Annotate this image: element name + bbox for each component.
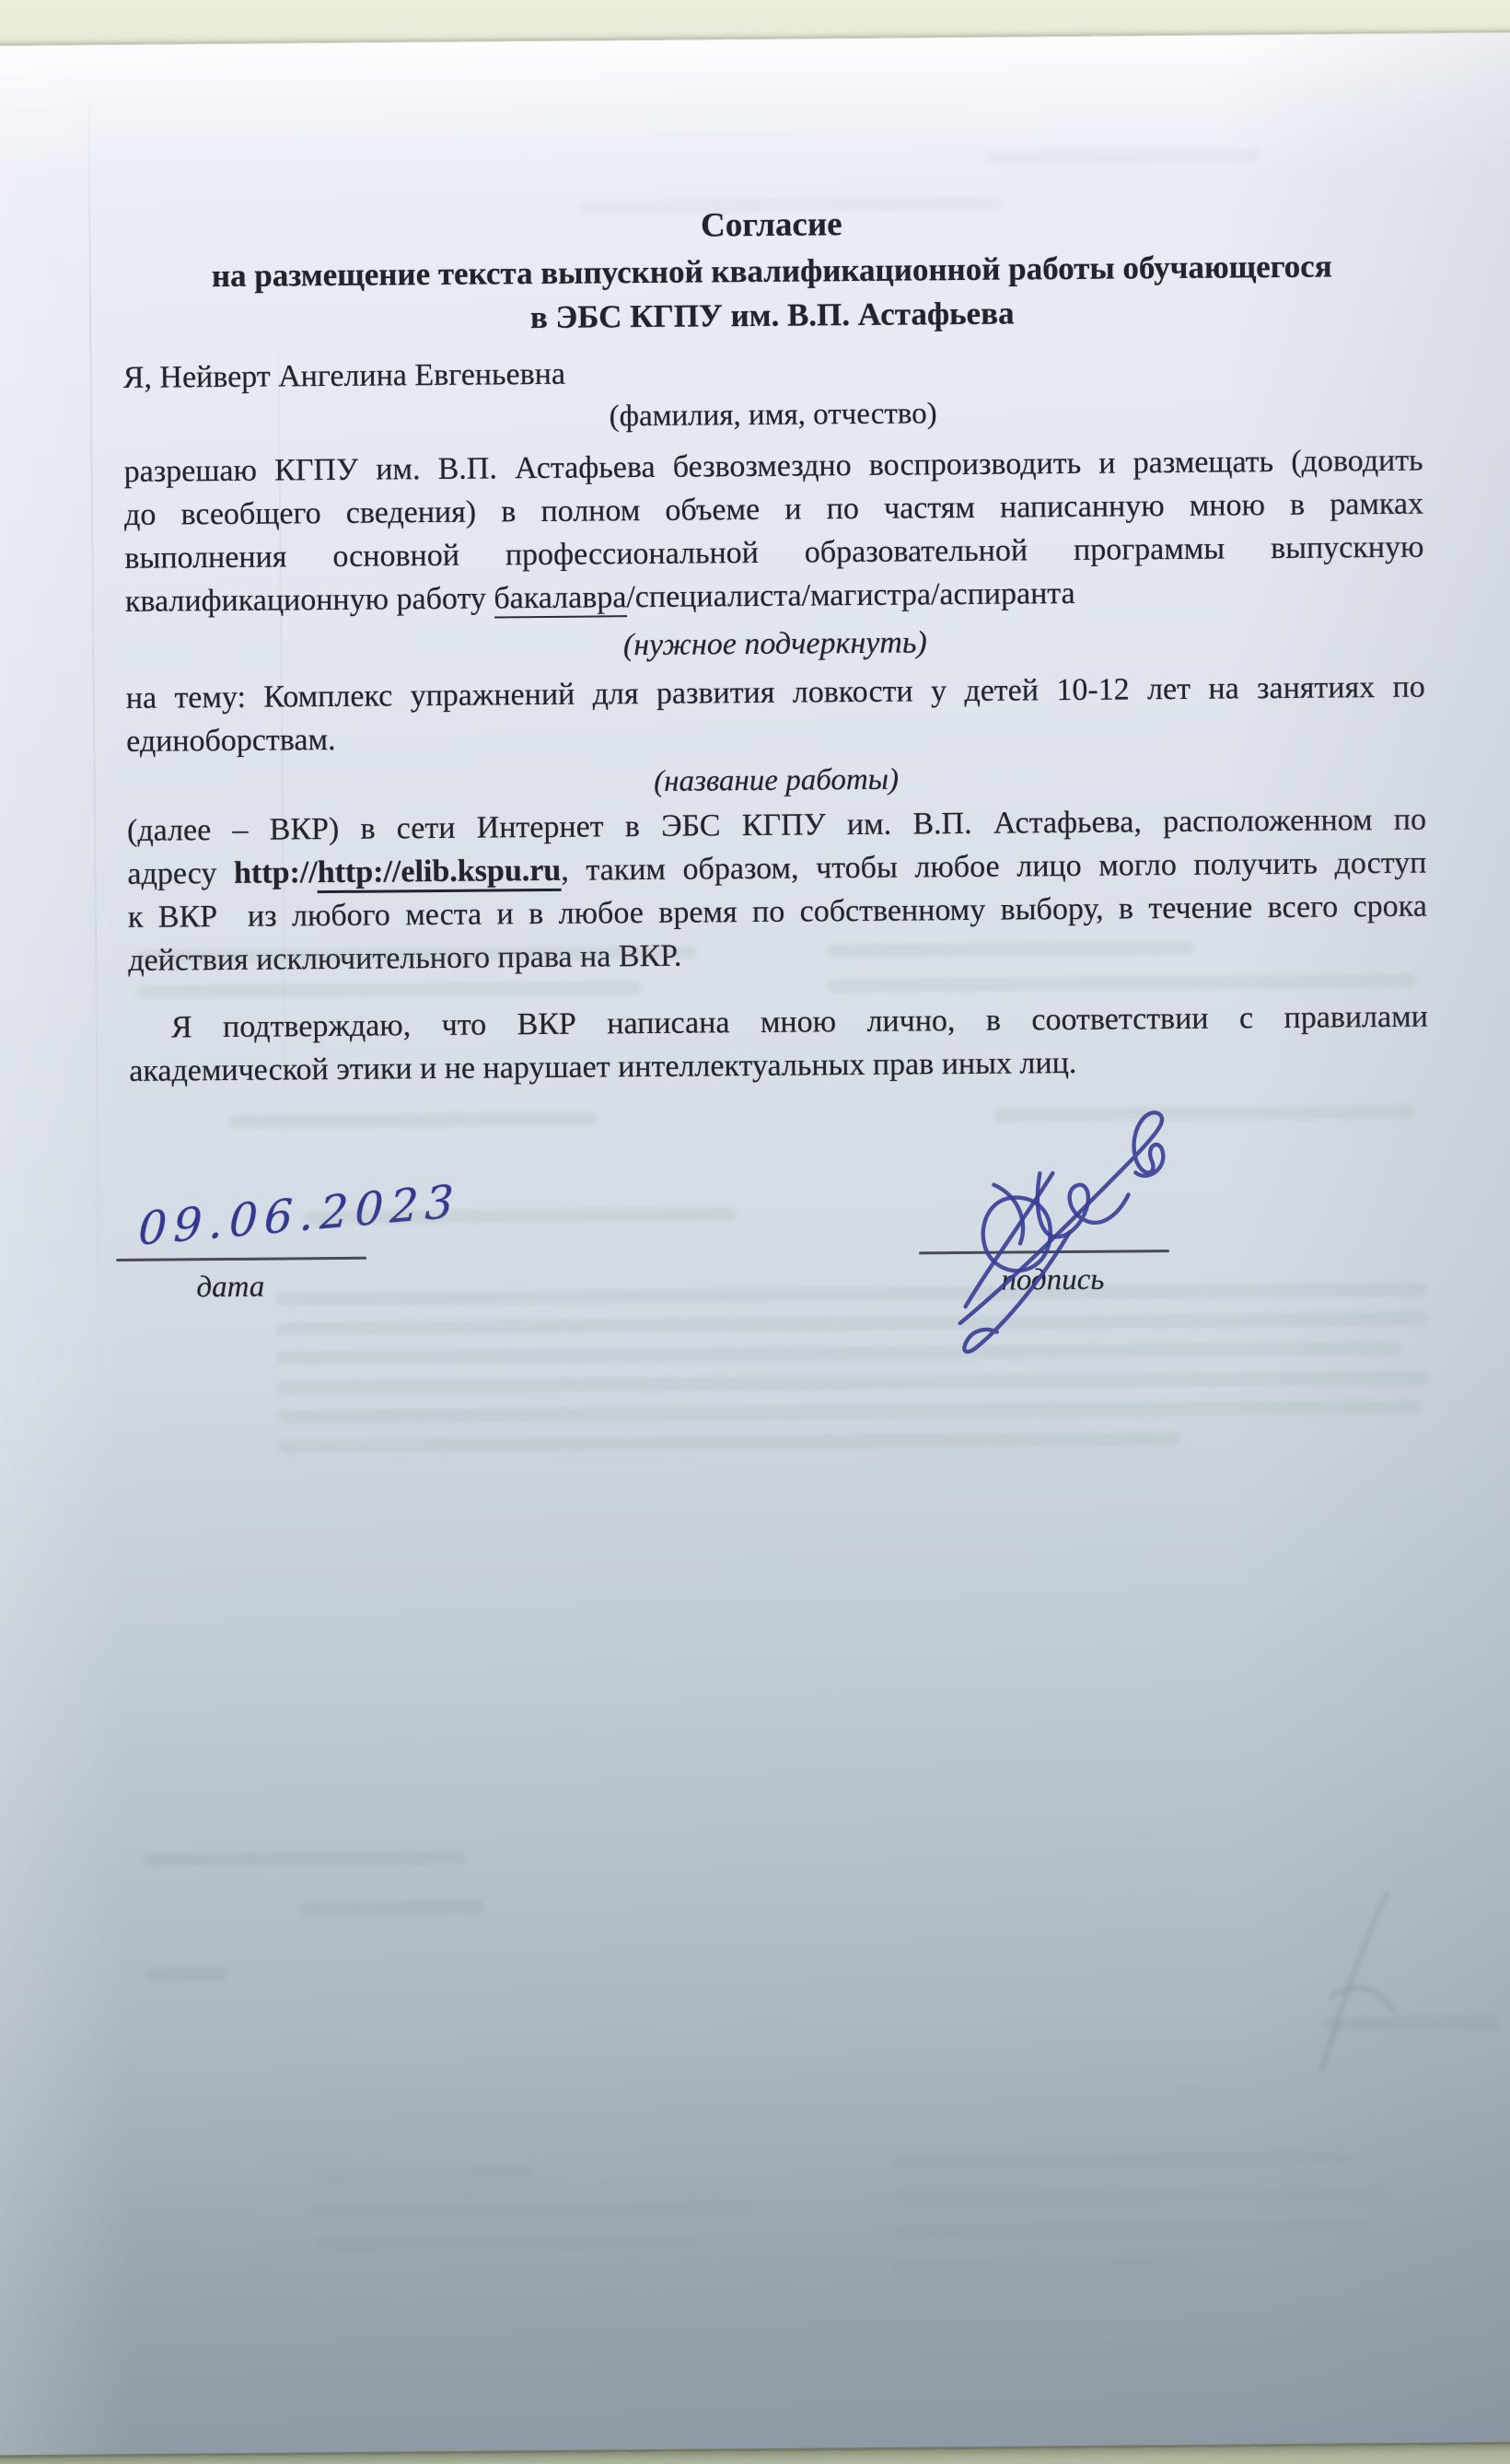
bleed-through-signature — [1276, 1885, 1425, 2098]
address-prefix: адресу — [127, 856, 234, 891]
bleed-through-line — [312, 2201, 754, 2218]
bleed-through-line — [893, 2258, 1197, 2274]
bleed-stroke — [1320, 1894, 1388, 2070]
bleed-through-line — [985, 148, 1261, 165]
bleed-through-line — [277, 1342, 1400, 1366]
bleed-through-line — [312, 2167, 533, 2182]
bleed-through-line — [277, 1312, 1428, 1336]
bleed-through-line — [278, 1432, 1180, 1454]
qualification-prefix: квалификационную работу — [125, 581, 494, 618]
bleed-through-line — [144, 1851, 466, 1867]
underlined-degree-bachelor: бакалавра — [494, 580, 626, 618]
handwritten-signature — [931, 1084, 1202, 1374]
bleed-stroke — [1332, 1988, 1392, 2010]
bleed-through-line — [300, 1900, 484, 1916]
bleed-through-line — [892, 2151, 1353, 2168]
signature-tail — [963, 1232, 1071, 1352]
document-text: Согласие на размещение текста выпускной … — [122, 196, 1428, 1093]
elib-url: http://elib.kspu.ru — [318, 854, 562, 893]
bleed-through-line — [229, 1111, 598, 1128]
bleed-through-line — [145, 1967, 227, 1982]
photo-background: Согласие на размещение текста выпускной … — [0, 0, 1510, 2464]
handwritten-date: 09.06.2023 — [137, 1175, 460, 1256]
bleed-through-line — [276, 1283, 1427, 1307]
document-page: Согласие на размещение текста выпускной … — [0, 32, 1510, 2458]
bleed-through-line — [277, 1371, 1428, 1395]
date-label: дата — [147, 1270, 313, 1306]
bleed-through-line — [1323, 2016, 1498, 2031]
paper-crease — [87, 54, 101, 1435]
date-underline — [116, 1257, 366, 1261]
address-suffix: , таким образом, чтобы любое лицо могло … — [561, 846, 1426, 888]
bleed-through-line — [892, 2187, 1389, 2205]
qualification-suffix: /специалиста/магистра/аспиранта — [626, 576, 1075, 614]
url-scheme: http:// — [234, 855, 318, 890]
signature-flourish — [958, 1112, 1165, 1323]
bleed-through-line — [312, 2235, 699, 2252]
bleed-through-line — [892, 2220, 1371, 2238]
bleed-through-line — [278, 1401, 1420, 1424]
